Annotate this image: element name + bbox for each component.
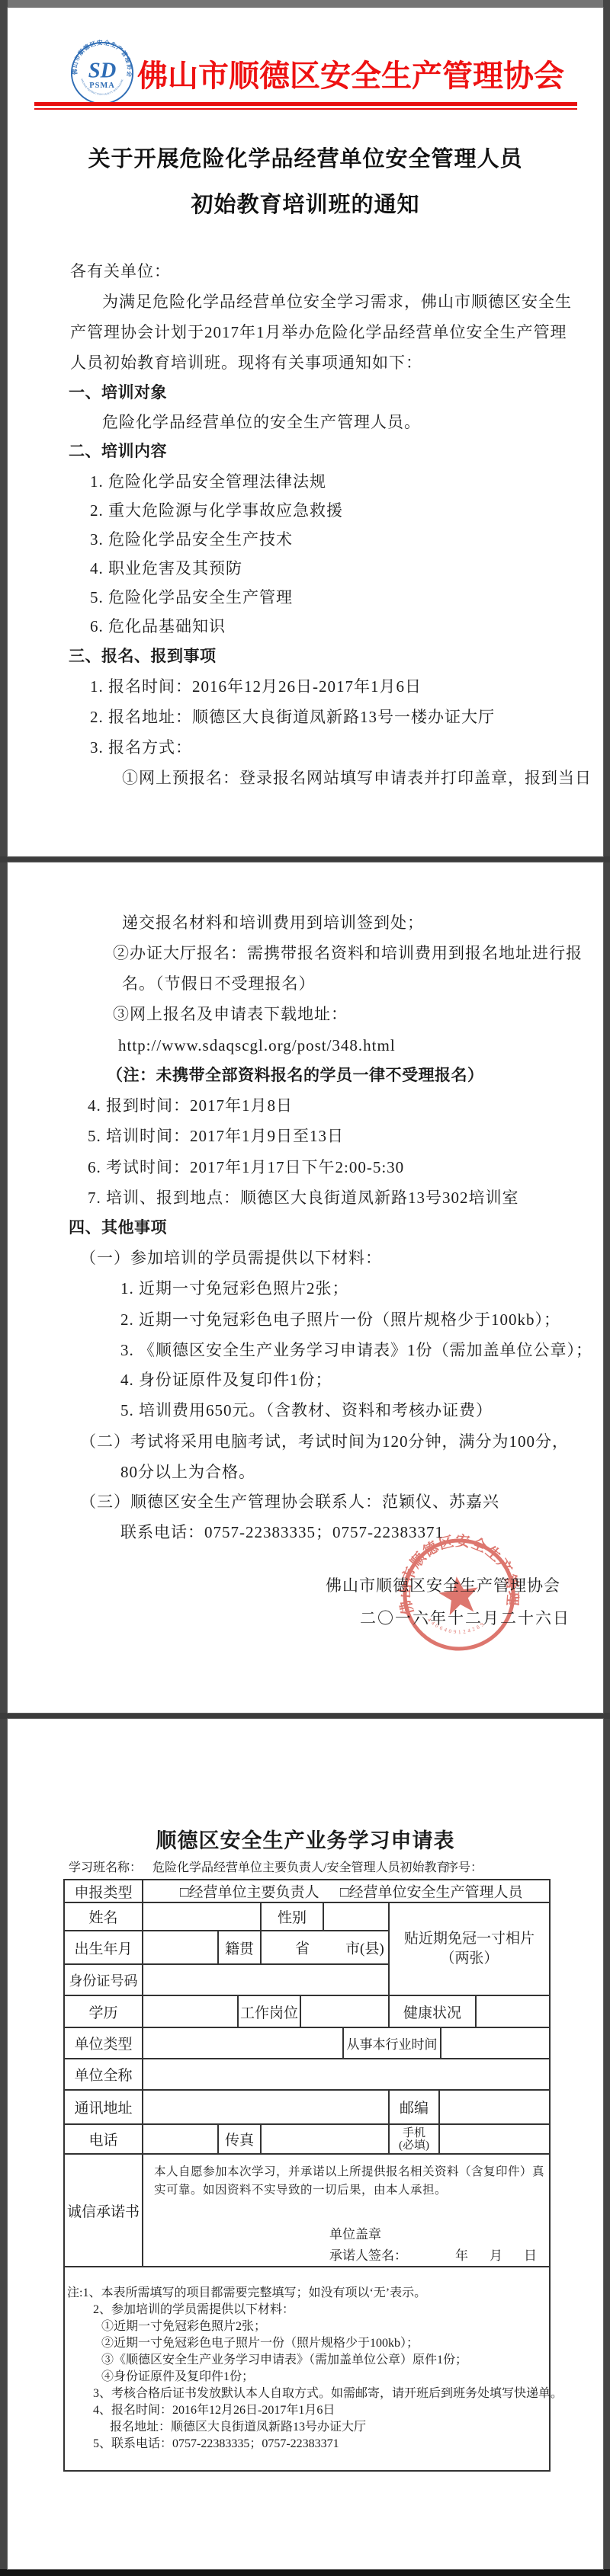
text-line: 1. 近期一寸免冠彩色照片2张； [120,1278,349,1298]
text-line: 2、参加培训的学员需提供以下材料： [93,2302,294,2318]
text-line: 联系电话：0757-22383335；0757-22383371 [120,1522,444,1542]
postcode-input-cell [440,2091,551,2125]
top-gray-strip [0,0,610,8]
form-title: 顺德区安全生产业务学习申请表 [8,1824,603,1854]
field-label-id-number: 身份证号码 [65,1965,143,1996]
checkbox-option-principal: □经营单位主要负责人 [180,1881,319,1902]
fax-input-cell [262,2125,390,2155]
id-number-input-cell [143,1965,390,1996]
signer-hint: 承诺人签名： [329,2245,407,2264]
field-label-gender: 性别 [262,1903,324,1931]
text-line: ①网上预报名：登录报名网站填写申请表并打印盖章，报到当日 [122,768,592,788]
text-line: 1. 报名时间：2016年12月26日-2017年1月6日 [90,677,422,696]
field-label-birth: 出生年月 [65,1931,143,1965]
page-separator [0,1713,610,1719]
text-line: 5. 培训时间：2017年1月9日至13日 [88,1126,344,1146]
text-line: ②办证大厅报名：需携带报名资料和培训费用到报名地址进行报 [113,943,583,963]
field-label-industry-time: 从事本行业时间 [344,2028,441,2059]
text-line: 报名地址：顺德区大良街道凤新路13号办证大厅 [110,2420,366,2435]
mobile-input-cell [440,2125,551,2155]
field-label-native-place: 籍贯 [219,1931,262,1965]
text-line: 80分以上为合格。 [120,1462,255,1482]
date-day-label: 日 [524,2245,537,2264]
photo-attachment-cell: 贴近期免冠一寸相片 （两张） [390,1903,551,1996]
type-options-cell: □经营单位主要负责人 □经营单位安全生产管理人员 [143,1880,551,1903]
city-label: 市(县) [345,1938,384,1958]
notice-page-2: 佛山市顺德区安全生产管理协会 4406409124289 递交报名材料和培训费用… [8,862,603,1713]
unit-name-input-cell [143,2059,551,2091]
text-line: ①近期一寸免冠彩色照片2张； [101,2319,266,2334]
text-line: 4. 身份证原件及复印件1份； [120,1370,332,1390]
promise-text-line1: 本人自愿参加本次学习，并承诺以上所提供报名相关资料（含复印件）真 [154,2162,544,2179]
field-label-mobile: 手机 (必填) [390,2125,440,2155]
logo-acronym: PSMA [89,82,115,90]
mobile-label-line1: 手机 [403,2127,425,2139]
text-line: 为满足危险化学品经营单位安全学习需求，佛山市顺德区安全生 [102,292,572,312]
education-input-cell [143,1996,239,2028]
text-line: 3. 报名方式： [90,738,192,757]
phone-input-cell [143,2125,219,2155]
text-line: 一、培训对象 [69,382,167,402]
notice-page-1: 佛山市顺德区安全生产管理协会 SHUNDE PRODUCTION SAFETY … [8,8,603,856]
text-line: 4. 报到时间：2017年1月8日 [88,1096,293,1115]
name-input-cell [143,1903,262,1931]
org-title: 佛山市顺德区安全生产管理协会 [137,52,564,95]
text-line: 6. 考试时间：2017年1月17日下午2:00-5:30 [88,1157,404,1177]
left-gray-strip [0,0,8,2576]
text-line: 4. 职业危害及其预防 [90,558,242,578]
application-form-page: 顺德区安全生产业务学习申请表 学习班名称： 危险化学品经营单位主要负责人/安全管… [8,1719,603,2569]
text-line: （三）顺德区安全生产管理协会联系人：范颖仪、苏嘉兴 [80,1492,499,1512]
mobile-label-line2: (必填) [399,2139,429,2152]
text-line: 2. 重大危险源与化学事故应急救援 [90,501,343,520]
logo-monogram: SD [88,59,117,83]
red-rule-thick [34,102,577,106]
document-title-line1: 关于开展危险化学品经营单位安全管理人员 [8,142,603,173]
right-gray-strip [603,0,610,2576]
field-label-unit-type: 单位类型 [65,2028,143,2059]
text-line: 5、联系电话：0757-22383335；0757-22383371 [93,2437,339,2452]
text-line: 四、其他事项 [69,1218,167,1237]
promise-content-cell: 本人自愿参加本次学习，并承诺以上所提供报名相关资料（含复印件）真 实可靠。如因资… [143,2155,551,2267]
photo-note-line1: 贴近期免冠一寸相片 [404,1929,535,1949]
text-line: （一）参加培训的学员需提供以下材料： [80,1248,382,1268]
document-title-line2: 初始教育培训班的通知 [8,187,603,219]
field-label-promise: 诚信承诺书 [65,2155,143,2267]
screenshot-root: { "header": { "org_title": "佛山市顺德区安全生产管理… [0,0,610,2576]
red-rule-thin [34,108,577,110]
text-line: 3、考核合格后证书发放默认本人自取方式。如需邮寄，请开班后到班务处填写快递单。 [93,2386,563,2402]
text-line: 各有关单位： [70,261,171,281]
field-label-unit-name: 单位全称 [65,2059,143,2091]
text-line: （二）考试将采用电脑考试，考试时间为120分钟，满分为100分， [80,1432,569,1451]
unit-seal-hint: 单位盖章 [329,2223,381,2242]
association-logo: 佛山市顺德区安全生产管理协会 SHUNDE PRODUCTION SAFETY … [70,40,134,107]
province-label: 省 [295,1938,310,1958]
text-line: ③《顺德区安全生产业务学习申请表》（需加盖单位公章）原件1份； [101,2353,467,2368]
text-line: ③网上报名及申请表下载地址： [113,1004,348,1024]
text-line: 二、培训内容 [69,441,167,461]
text-line: 3. 《顺德区安全生产业务学习申请表》1份（需加盖单位公章）； [120,1340,592,1360]
text-line: 2. 近期一寸免冠彩色电子照片一份（照片规格少于100kb）； [120,1310,560,1330]
industry-time-input-cell [441,2028,551,2059]
field-label-health: 健康状况 [390,1996,477,2028]
text-line: ②近期一寸免冠彩色电子照片一份（照片规格少于100kb）； [101,2336,419,2351]
field-label-job: 工作岗位 [239,1996,301,2028]
field-label-fax: 传真 [219,2125,262,2155]
field-label-phone: 电话 [65,2125,143,2155]
checkbox-option-safety-manager: □经营单位安全生产管理人员 [340,1881,522,1902]
field-label-postcode: 邮编 [390,2091,440,2125]
unit-type-input-cell [143,2028,344,2059]
province-city-cell: 省 市(县) [262,1931,390,1965]
text-line: 二〇一六年十二月二十六日 [360,1608,570,1628]
text-line: （注：未携带全部资料报名的学员一律不受理报名） [107,1065,484,1085]
gender-input-cell [324,1903,390,1931]
text-line: 名。（节假日不受理报名） [122,974,316,994]
text-line: ④身份证原件及复印件1份； [101,2370,254,2385]
field-label-education: 学历 [65,1996,143,2028]
birth-input-cell [143,1931,219,1965]
text-line: 3. 危险化学品安全生产技术 [90,530,293,549]
text-line: 5. 培训费用650元。（含教材、资料和考核办证费） [120,1400,493,1420]
text-line: 人员初始教育培训班。现将有关事项通知如下： [70,353,422,373]
text-line: 三、报名、报到事项 [69,646,217,666]
text-line: 递交报名材料和培训费用到培训签到处； [122,913,424,933]
text-line: http://www.sdaqscgl.org/post/348.html [118,1035,396,1055]
text-line: 产管理协会计划于2017年1月举办危险化学品经营单位安全生产管理 [70,322,567,342]
text-line: 佛山市顺德区安全生产管理协会 [326,1576,560,1595]
job-input-cell [301,1996,390,2028]
text-line: 5. 危险化学品安全生产管理 [90,587,293,607]
class-name-label: 学习班名称： [69,1858,142,1875]
text-line: 注:1、本表所需填写的项目都需要完整填写；如没有项以‘无’表示。 [67,2286,426,2301]
text-line: 7. 培训、报到地点：顺德区大良街道凤新路13号302培训室 [88,1188,519,1208]
health-input-cell [477,1996,551,2028]
photo-note-line2: （两张） [440,1949,498,1969]
text-line: 6. 危化品基础知识 [90,616,226,636]
text-line: 4、报名时间：2016年12月26日-2017年1月6日 [93,2403,335,2418]
date-month-label: 月 [490,2245,502,2264]
text-line: 2. 报名地址：顺德区大良街道凤新路13号一楼办证大厅 [90,707,495,727]
date-year-label: 年 [455,2245,468,2264]
field-label-address: 通讯地址 [65,2091,143,2125]
field-label-type: 申报类型 [65,1880,143,1903]
class-name-value: 危险化学品经营单位主要负责人/安全管理人员初始教育 [152,1858,448,1875]
page-separator [0,856,610,862]
bottom-black-band [0,2569,610,2576]
serial-label: 序号： [446,1858,483,1875]
address-input-cell [143,2091,390,2125]
text-line: 1. 危险化学品安全管理法律法规 [90,472,326,491]
field-label-name: 姓名 [65,1903,143,1931]
promise-text-line2: 实可靠。如因资料不实导致的一切后果，由本人承担。 [154,2181,447,2197]
text-line: 危险化学品经营单位的安全生产管理人员。 [102,412,421,432]
